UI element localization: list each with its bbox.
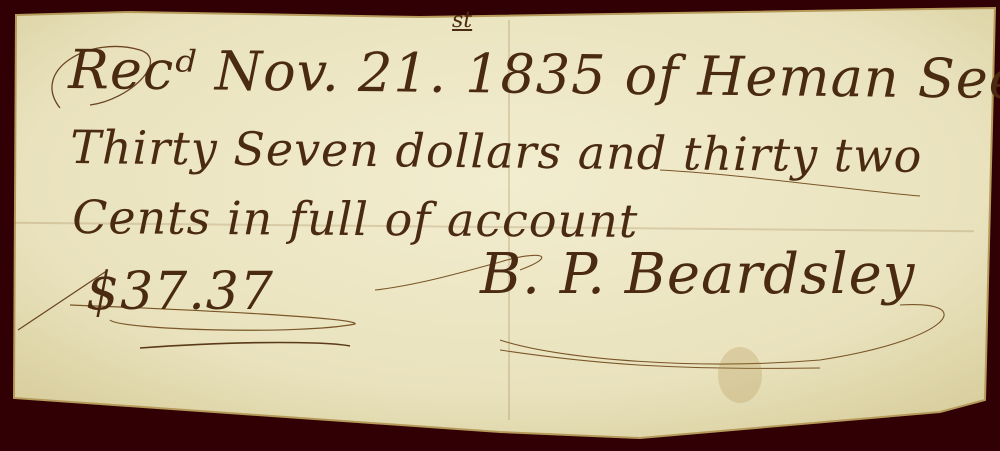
receipt-line-amount-words: Thirty Seven dollars and thirty two	[70, 120, 923, 183]
receipt-line-received: Recᵈ Nov. 21. 1835 of Heman Seege	[68, 38, 1000, 112]
receipt-line-cents: Cents in full of account	[72, 190, 639, 248]
date-ordinal-superscript: st	[452, 8, 472, 33]
receipt-amount: $37.37	[86, 262, 274, 322]
receipt-paper: st Recᵈ Nov. 21. 1835 of Heman Seege Thi…	[0, 0, 1000, 451]
signature: B. P. Beardsley	[480, 242, 915, 307]
